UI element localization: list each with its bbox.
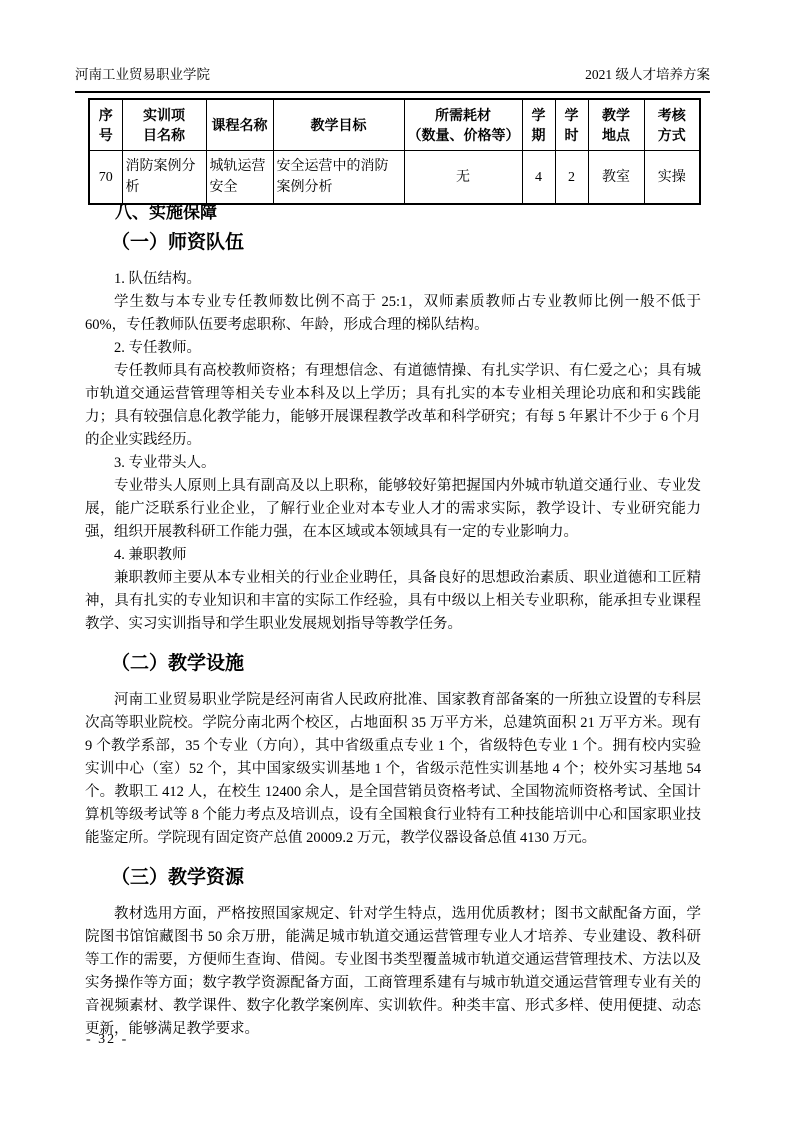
paragraph: 河南工业贸易职业学院是经河南省人民政府批准、国家教育部备案的一所独立设置的专科层… <box>85 689 701 850</box>
document-body: 八、实施保障 （一）师资队伍 1. 队伍结构。 学生数与本专业专任教师数比例不高… <box>85 202 701 1041</box>
paragraph: 兼职教师主要从本专业相关的行业企业聘任，具备良好的思想政治素质、职业道德和工匠精… <box>85 567 701 636</box>
section-heading-resources: （三）教学资源 <box>85 866 701 890</box>
paragraph: 2. 专任教师。 <box>85 337 701 360</box>
col-header-no: 序 号 <box>89 99 122 151</box>
paragraph: 专任教师具有高校教师资格；有理想信念、有道德情操、有扎实学识、有仁爱之心；具有城… <box>85 360 701 452</box>
paragraph: 3. 专业带头人。 <box>85 452 701 475</box>
col-header-materials: 所需耗材 （数量、价格等） <box>404 99 522 151</box>
col-header-project: 实训项 目名称 <box>122 99 206 151</box>
paragraph: 专业带头人原则上具有副高及以上职称，能够较好第把握国内外城市轨道交通行业、专业发… <box>85 475 701 544</box>
cell-no: 70 <box>89 151 122 205</box>
page-number: - 32 - <box>86 1032 128 1048</box>
col-header-objective: 教学目标 <box>273 99 404 151</box>
section-heading-facilities: （二）教学设施 <box>85 652 701 676</box>
cell-location: 教室 <box>588 151 644 205</box>
cell-objective: 安全运营中的消防案例分析 <box>273 151 404 205</box>
col-header-semester: 学 期 <box>522 99 555 151</box>
cell-hours: 2 <box>555 151 588 205</box>
cell-project: 消防案例分析 <box>122 151 206 205</box>
col-header-assessment: 考核 方式 <box>644 99 700 151</box>
document-page: 河南工业贸易职业学院 2021 级人才培养方案 序 号 实训项 目名称 课程名称… <box>0 0 793 1122</box>
table-row: 70 消防案例分析 城轨运营安全 安全运营中的消防案例分析 无 4 2 教室 实… <box>89 151 700 205</box>
training-projects-table: 序 号 实训项 目名称 课程名称 教学目标 所需耗材 （数量、价格等） 学 期 … <box>88 98 701 205</box>
section-heading-main: 八、实施保障 <box>85 202 701 224</box>
paragraph: 1. 队伍结构。 <box>85 268 701 291</box>
cell-assessment: 实操 <box>644 151 700 205</box>
section-heading-teachers: （一）师资队伍 <box>85 231 701 255</box>
col-header-location: 教学 地点 <box>588 99 644 151</box>
col-header-course: 课程名称 <box>206 99 273 151</box>
cell-materials: 无 <box>404 151 522 205</box>
cell-semester: 4 <box>522 151 555 205</box>
page-header: 河南工业贸易职业学院 2021 级人才培养方案 <box>75 66 710 93</box>
paragraph: 学生数与本专业专任教师数比例不高于 25:1，双师素质教师占专业教师比例一般不低… <box>85 291 701 337</box>
header-doc-title: 2021 级人才培养方案 <box>585 66 710 84</box>
cell-course: 城轨运营安全 <box>206 151 273 205</box>
header-school-name: 河南工业贸易职业学院 <box>75 66 210 84</box>
paragraph: 教材选用方面，严格按照国家规定、针对学生特点，选用优质教材；图书文献配备方面，学… <box>85 903 701 1041</box>
table-header-row: 序 号 实训项 目名称 课程名称 教学目标 所需耗材 （数量、价格等） 学 期 … <box>89 99 700 151</box>
col-header-hours: 学 时 <box>555 99 588 151</box>
paragraph: 4. 兼职教师 <box>85 544 701 567</box>
